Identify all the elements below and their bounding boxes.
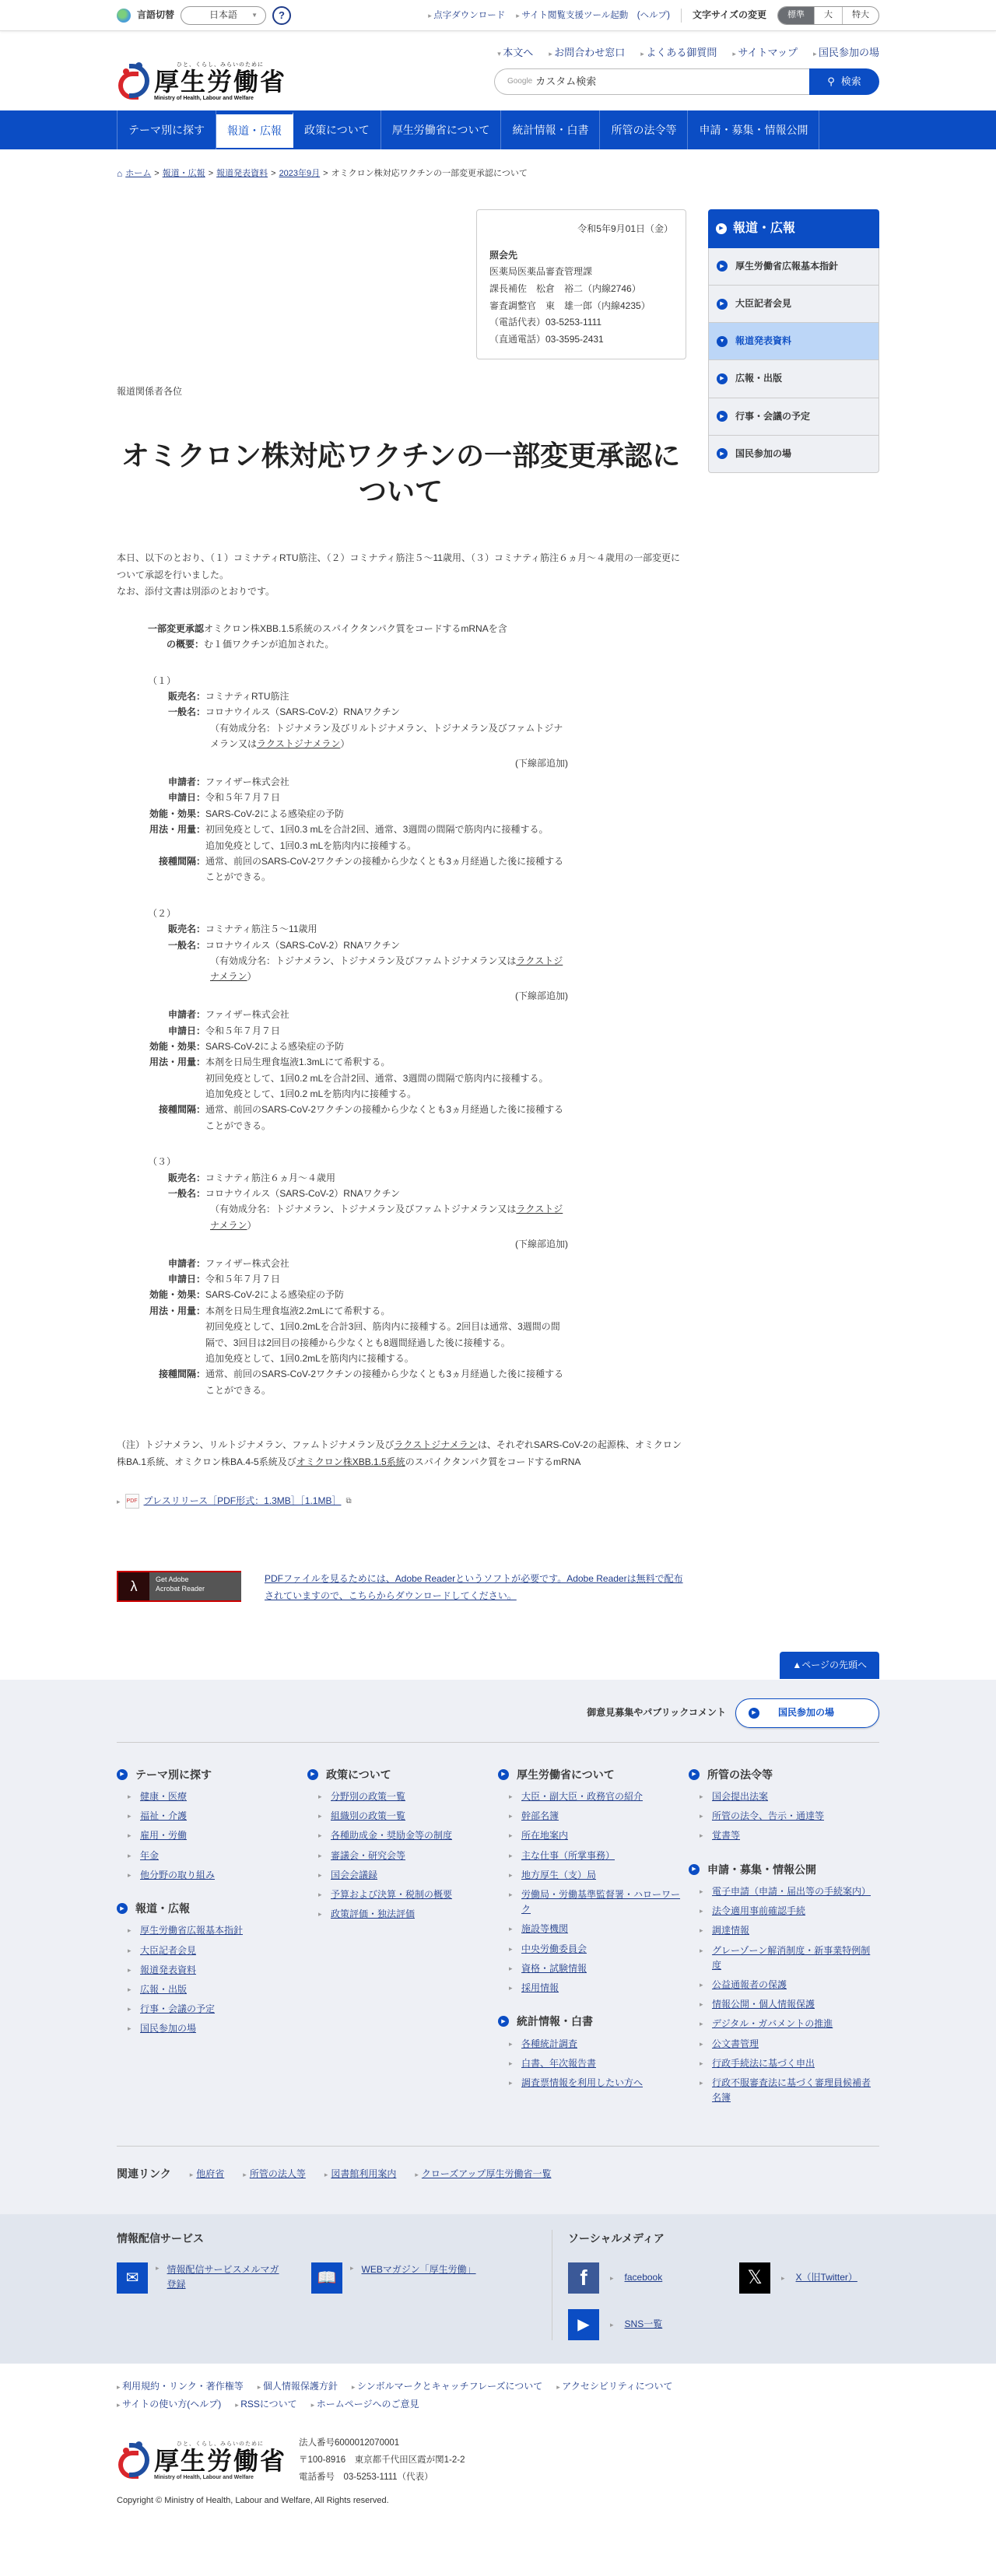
press-release-pdf: ▸ PDF プレスリリース［PDF形式：1.3MB］［1.1MB］ ⧉ <box>117 1494 685 1509</box>
book-icon: 📖 <box>311 2262 342 2294</box>
breadcrumb-press[interactable]: 報道・広報 <box>163 167 205 181</box>
gnav-about[interactable]: 厚生労働省について <box>381 110 502 149</box>
rss-link[interactable]: RSSについて <box>235 2397 296 2412</box>
footer-link[interactable]: 他分野の取り組み <box>140 1870 215 1880</box>
header-nav: 本文へ お問合わせ窓口 よくある御質問 サイトマップ 国民参加の場 <box>497 45 879 61</box>
footer-link[interactable]: 法令適用事前確認手続 <box>712 1905 805 1916</box>
footer-link[interactable]: 各種統計調査 <box>521 2038 577 2049</box>
font-size-large[interactable]: 大 <box>814 7 842 24</box>
footer-services: 情報配信サービス ✉▸情報配信サービスメルマガ登録 📖▸WEBマガジン「厚生労働… <box>0 2214 996 2364</box>
chevron-right-icon: ▶ <box>717 299 728 310</box>
footer-link[interactable]: 行政手続法に基づく申出 <box>712 2058 815 2069</box>
footer-link[interactable]: 資格・試験情報 <box>521 1963 587 1974</box>
facebook-link[interactable]: facebook <box>625 2270 663 2285</box>
footer-column: ▶所管の法令等国会提出法案所管の法令、告示・通達等覚書等▶申請・募集・情報公開電… <box>689 1766 879 2123</box>
adobe-reader-notice: λ Get AdobeAcrobat Reader PDFファイルを見るためには… <box>117 1571 685 1604</box>
footer-link[interactable]: 労働局・労働基準監督署・ハローワーク <box>521 1889 680 1915</box>
site-header: ひと、くらし、みらいのために 厚生労働省 Ministry of Health,… <box>0 31 996 110</box>
sidebar-item-participation[interactable]: ▶国民参加の場 <box>708 436 879 473</box>
footer-link[interactable]: 厚生労働省広報基本指針 <box>140 1925 243 1936</box>
underline-note: (下線部追加) <box>148 755 568 771</box>
footer-section-title[interactable]: ▶報道・広報 <box>117 1900 307 1917</box>
global-nav: テーマ別に探す 報道・広報 政策について 厚生労働省について 統計情報・白書 所… <box>0 110 996 149</box>
external-window-icon: ⧉ <box>345 1495 351 1508</box>
chevron-right-icon: ▶ <box>498 2016 509 2027</box>
footer-link[interactable]: 電子申請（申請・届出等の手続案内） <box>712 1886 871 1897</box>
footer-link[interactable]: 地方厚生（支）局 <box>521 1870 596 1880</box>
footer-section-title[interactable]: ▶所管の法令等 <box>689 1766 879 1783</box>
gnav-policy[interactable]: 政策について <box>293 110 381 149</box>
font-size-label: 文字サイズの変更 <box>693 8 766 23</box>
browsing-support-link[interactable]: サイト閲覧支援ツール起動 (ヘルプ) <box>516 9 670 23</box>
chevron-right-icon: ▶ <box>117 1769 128 1780</box>
footer-link[interactable]: 調達情報 <box>712 1925 749 1936</box>
logo-mark-icon <box>117 2441 151 2480</box>
search-form: Googleカスタム検索 ⚲検索 <box>494 68 879 95</box>
home-icon: ⌂ <box>117 166 122 181</box>
search-icon: ⚲ <box>827 74 835 90</box>
footer-link[interactable]: 採用情報 <box>521 1982 559 1993</box>
footer-link[interactable]: 公益通報者の保護 <box>712 1979 787 1990</box>
footer-link[interactable]: 福祉・介護 <box>140 1810 187 1821</box>
related-corporations[interactable]: 所管の法人等 <box>243 2167 306 2182</box>
footer-section-title[interactable]: ▶統計情報・白書 <box>498 2013 689 2030</box>
related-closeup[interactable]: クローズアップ厚生労働省一覧 <box>415 2167 551 2182</box>
breadcrumb-current: オミクロン株対応ワクチンの一部変更承認について <box>331 167 528 181</box>
chevron-down-icon: ▼ <box>717 336 728 347</box>
footnote: （注）トジナメラン、リルトジナメラン、ファムトジナメラン及びラクストジナメランは… <box>117 1437 685 1470</box>
footer-column: ▶厚生労働省について大臣・副大臣・政務官の紹介幹部名簿所在地案内主な仕事（所掌事… <box>498 1766 689 2123</box>
x-icon: 𝕏 <box>739 2262 770 2294</box>
chevron-down-icon: ▼ <box>251 11 258 21</box>
sidebar-title[interactable]: ▶報道・広報 <box>708 209 879 248</box>
footer-link[interactable]: 中央労働委員会 <box>521 1943 587 1954</box>
accessibility-link[interactable]: アクセシビリティについて <box>556 2379 672 2394</box>
footer-link[interactable]: 行政不服審査法に基づく審理員候補者名簿 <box>712 2077 871 2103</box>
braille-download-link[interactable]: 点字ダウンロード <box>428 9 505 23</box>
chevron-right-icon: ▶ <box>689 1864 700 1875</box>
footer-link[interactable]: デジタル・ガバメントの推進 <box>712 2018 833 2029</box>
terms-link[interactable]: 利用規約・リンク・著作権等 <box>117 2379 244 2394</box>
footer-section-title[interactable]: ▶厚生労働省について <box>498 1766 689 1783</box>
underline-note: (下線部追加) <box>148 1236 568 1252</box>
change-summary: 一部変更承認オミクロン株XBB.1.5系統のスパイクタンパク質をコードするmRN… <box>148 621 685 653</box>
pdf-icon: PDF <box>125 1494 139 1509</box>
utility-bar: 言語切替 日本語▼ ? 点字ダウンロード サイト閲覧支援ツール起動 (ヘルプ) … <box>0 0 996 31</box>
adobe-reader-badge[interactable]: λ Get AdobeAcrobat Reader <box>117 1571 241 1602</box>
sidebar-item-press-conference[interactable]: ▶大臣記者会見 <box>708 286 879 323</box>
mail-magazine-link[interactable]: 情報配信サービスメルマガ登録 <box>167 2262 288 2292</box>
divider <box>681 9 682 23</box>
chevron-right-icon: ▶ <box>689 1769 700 1780</box>
font-size-toggle: 標準 大 特大 <box>777 6 879 25</box>
chevron-right-icon: ▶ <box>498 1769 509 1780</box>
privacy-link[interactable]: 個人情報保護方針 <box>258 2379 338 2394</box>
video-icon: ▶ <box>568 2309 599 2340</box>
site-logo[interactable]: ひと、くらし、みらいのために 厚生労働省 Ministry of Health,… <box>117 61 286 103</box>
footer-logo: ひと、くらし、みらいのために 厚生労働省 Ministry of Health,… <box>117 2440 286 2482</box>
x-twitter-link[interactable]: X（旧Twitter） <box>796 2270 857 2285</box>
gnav-theme[interactable]: テーマ別に探す <box>117 110 216 149</box>
footer-sitemap: 御意見募集やパブリックコメント ▶国民参加の場 ▶テーマ別に探す健康・医療福祉・… <box>0 1680 996 2214</box>
footer-link[interactable]: 所管の法令、告示・通達等 <box>712 1810 824 1821</box>
intro-text: 本日、以下のとおり、（１）コミナティRTU筋注、（２）コミナティ筋注５～11歳用… <box>117 550 685 601</box>
release-date: 令和5年9月01日（金） <box>489 221 673 238</box>
public-participation-button[interactable]: ▶国民参加の場 <box>735 1698 879 1728</box>
footer-link[interactable]: 広報・出版 <box>140 1984 187 1995</box>
sidebar-item-pr-policy[interactable]: ▶厚生労働省広報基本指針 <box>708 248 879 286</box>
breadcrumb-month[interactable]: 2023年9月 <box>279 167 321 181</box>
chevron-right-icon: ▶ <box>717 373 728 384</box>
footer-link[interactable]: 国民参加の場 <box>140 2023 196 2034</box>
footer-link[interactable]: 組織別の政策一覧 <box>331 1810 405 1821</box>
sidebar-item-press-releases[interactable]: ▼報道発表資料 <box>708 323 879 360</box>
gnav-applications[interactable]: 申請・募集・情報公開 <box>688 110 819 149</box>
logo-mark-icon <box>117 62 151 101</box>
sitemap-link[interactable]: サイトマップ <box>732 45 798 61</box>
sidebar-item-publications[interactable]: ▶広報・出版 <box>708 360 879 398</box>
language-switcher: 言語切替 日本語▼ ? <box>117 6 291 25</box>
adobe-download-link[interactable]: PDFファイルを見るためには、Adobe Readerというソフトが必要です。A… <box>265 1571 685 1604</box>
footer-link[interactable]: 審議会・研究会等 <box>331 1850 405 1861</box>
footer-columns: ▶テーマ別に探す健康・医療福祉・介護雇用・労働年金他分野の取り組み▶報道・広報厚… <box>117 1743 879 2147</box>
gnav-statistics[interactable]: 統計情報・白書 <box>501 110 600 149</box>
footer-link[interactable]: 国会会議録 <box>331 1870 377 1880</box>
chevron-right-icon: ▶ <box>307 1769 318 1780</box>
footer-link[interactable]: 予算および決算・税制の概要 <box>331 1889 452 1900</box>
services-title: 情報配信サービス <box>117 2230 552 2247</box>
footer-link[interactable]: 主な仕事（所掌事務） <box>521 1850 615 1861</box>
footer-column: ▶政策について分野別の政策一覧組織別の政策一覧各種助成金・奨励金等の制度審議会・… <box>307 1766 498 2123</box>
faq-link[interactable]: よくある御質問 <box>640 45 717 61</box>
breadcrumb: ⌂ ホーム > 報道・広報 > 報道発表資料 > 2023年9月 > オミクロン… <box>0 149 996 181</box>
product-item: （１）販売名：コミナティRTU筋注一般名：コロナウイルス（SARS-CoV-2）… <box>148 673 568 885</box>
footer-link[interactable]: グレーゾーン解消制度・新事業特例制度 <box>712 1945 870 1971</box>
search-button[interactable]: ⚲検索 <box>809 68 879 95</box>
footer-link[interactable]: 調査票情報を利用したい方へ <box>521 2077 643 2088</box>
font-size-standard[interactable]: 標準 <box>778 7 814 24</box>
footer-section-title[interactable]: ▶申請・募集・情報公開 <box>689 1861 879 1878</box>
sidebar-item-events[interactable]: ▶行事・会議の予定 <box>708 398 879 436</box>
footer-link[interactable]: 雇用・労働 <box>140 1830 187 1841</box>
footer-link[interactable]: 所在地案内 <box>521 1830 568 1841</box>
product-item: （２）販売名：コミナティ筋注５～11歳用一般名：コロナウイルス（SARS-CoV… <box>148 906 568 1134</box>
footer-link[interactable]: 大臣・副大臣・政務官の紹介 <box>521 1791 643 1802</box>
main-content: 令和5年9月01日（金） 照会先 医薬局医薬品審査管理課 課長補佐 松倉 裕二（… <box>117 209 685 1604</box>
chevron-right-icon: ▶ <box>717 261 728 272</box>
press-release-pdf-link[interactable]: プレスリリース［PDF形式：1.3MB］［1.1MB］ <box>144 1494 342 1509</box>
footer-link[interactable]: 情報公開・個人情報保護 <box>712 1999 815 2010</box>
font-size-xlarge[interactable]: 特大 <box>842 7 879 24</box>
footer-link[interactable]: 白書、年次報告書 <box>521 2058 596 2069</box>
language-label: 言語切替 <box>137 8 174 23</box>
page-title: オミクロン株対応ワクチンの一部変更承認について <box>117 439 685 512</box>
chevron-right-icon: ▶ <box>117 1903 128 1914</box>
product-item: （３）販売名：コミナティ筋注６ヵ月～４歳用一般名：コロナウイルス（SARS-Co… <box>148 1154 568 1398</box>
sns-list-link[interactable]: SNS一覧 <box>625 2317 663 2332</box>
public-comment: 御意見募集やパブリックコメント ▶国民参加の場 <box>117 1698 879 1743</box>
footer-link[interactable]: 健康・医療 <box>140 1791 187 1802</box>
footer-link[interactable]: 施設等機関 <box>521 1923 568 1934</box>
related-links: 関連リンク 他府省 所管の法人等 図書館利用案内 クローズアップ厚生労働省一覧 <box>117 2147 879 2213</box>
footer-link[interactable]: 政策評価・独法評価 <box>331 1908 415 1919</box>
search-input[interactable]: Googleカスタム検索 <box>494 68 809 95</box>
footer-section-title[interactable]: ▶テーマ別に探す <box>117 1766 307 1783</box>
footer-link[interactable]: 行事・会議の予定 <box>140 2003 215 2014</box>
address-block: 法人番号6000012070001 〒100-8916 東京都千代田区霞が関1-… <box>299 2435 465 2487</box>
footer-bottom: 利用規約・リンク・著作権等 個人情報保護方針 シンボルマークとキャッチフレーズに… <box>0 2364 996 2524</box>
symbol-mark-link[interactable]: シンボルマークとキャッチフレーズについて <box>352 2379 542 2394</box>
footer-link[interactable]: 国会提出法案 <box>712 1791 768 1802</box>
footer-link[interactable]: 幹部名簿 <box>521 1810 559 1821</box>
chevron-right-icon: ▶ <box>717 411 728 422</box>
related-library[interactable]: 図書館利用案内 <box>324 2167 397 2182</box>
facebook-icon: f <box>568 2262 599 2294</box>
back-to-top-button[interactable]: ▲ページの先頭へ <box>780 1652 879 1679</box>
contact-link[interactable]: お問合わせ窓口 <box>549 45 625 61</box>
related-other-ministries[interactable]: 他府省 <box>190 2167 225 2182</box>
gnav-press[interactable]: 報道・広報 <box>216 112 293 148</box>
footer-link[interactable]: 年金 <box>140 1850 159 1861</box>
gnav-laws[interactable]: 所管の法令等 <box>600 110 688 149</box>
footer-link[interactable]: 各種助成金・奨励金等の制度 <box>331 1830 452 1841</box>
footer-column: ▶テーマ別に探す健康・医療福祉・介護雇用・労働年金他分野の取り組み▶報道・広報厚… <box>117 1766 307 2123</box>
skip-to-content-link[interactable]: 本文へ <box>497 45 533 61</box>
footer-link[interactable]: 大臣記者会見 <box>140 1945 196 1956</box>
site-help-link[interactable]: サイトの使い方(ヘルプ) <box>117 2397 221 2412</box>
language-select[interactable]: 日本語▼ <box>181 6 266 25</box>
mail-icon: ✉ <box>117 2262 148 2294</box>
chevron-right-icon: ▶ <box>717 448 728 459</box>
footer-link[interactable]: 公文書管理 <box>712 2038 759 2049</box>
chevron-right-icon: ▶ <box>749 1708 759 1719</box>
breadcrumb-releases[interactable]: 報道発表資料 <box>216 167 268 181</box>
footer-link[interactable]: 分野別の政策一覧 <box>331 1791 405 1802</box>
footer-link[interactable]: 覚書等 <box>712 1830 740 1841</box>
sidebar: ▶報道・広報 ▶厚生労働省広報基本指針 ▶大臣記者会見 ▼報道発表資料 ▶広報・… <box>708 209 879 1604</box>
addressee: 報道関係者各位 <box>117 384 685 399</box>
acrobat-icon: λ <box>118 1572 149 1600</box>
web-magazine-link[interactable]: WEBマガジン「厚生労働」 <box>362 2262 476 2277</box>
copyright: Copyright © Ministry of Health, Labour a… <box>117 2494 879 2508</box>
chevron-right-icon: ▶ <box>716 223 727 234</box>
public-participation-link[interactable]: 国民参加の場 <box>813 45 879 61</box>
social-title: ソーシャルメディア <box>568 2230 864 2247</box>
help-icon[interactable]: ? <box>272 6 291 25</box>
contact-box: 令和5年9月01日（金） 照会先 医薬局医薬品審査管理課 課長補佐 松倉 裕二（… <box>476 209 686 359</box>
product-list: （１）販売名：コミナティRTU筋注一般名：コロナウイルス（SARS-CoV-2）… <box>117 673 685 1398</box>
globe-icon <box>117 9 131 23</box>
breadcrumb-home[interactable]: ホーム <box>125 167 151 181</box>
feedback-link[interactable]: ホームページへのご意見 <box>311 2397 419 2412</box>
footer-link[interactable]: 報道発表資料 <box>140 1964 196 1975</box>
underline-note: (下線部追加) <box>148 988 568 1004</box>
footer-section-title[interactable]: ▶政策について <box>307 1766 498 1783</box>
